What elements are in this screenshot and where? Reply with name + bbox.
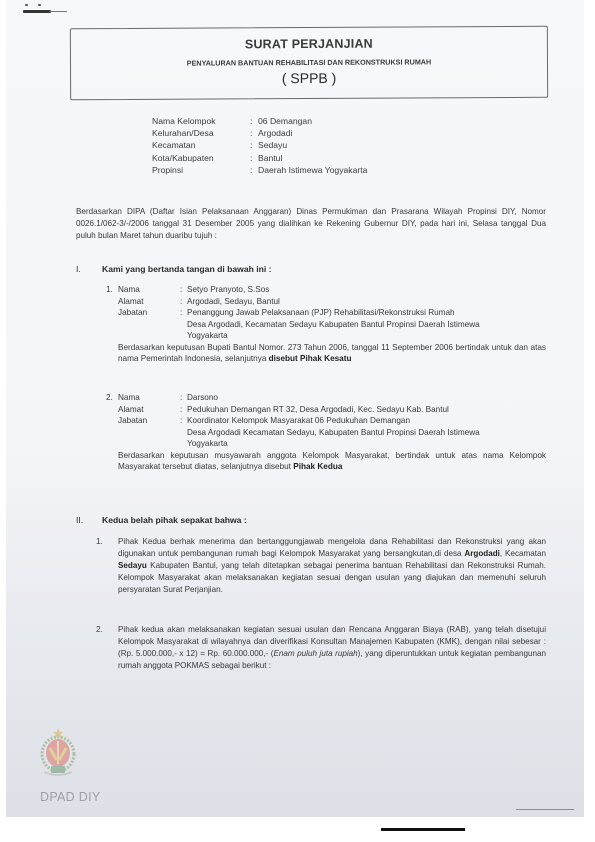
field-label: Jabatan bbox=[118, 307, 180, 319]
info-label: Kota/Kabupaten bbox=[152, 152, 250, 164]
clause-2: 2. Pihak kedua akan melaksanakan kegiata… bbox=[118, 624, 546, 672]
section-title: Kami yang bertanda tangan di bawah ini : bbox=[102, 264, 272, 274]
party-position: Koordinator Kelompok Masyarakat 06 Peduk… bbox=[187, 415, 546, 427]
party-position-cont: Yogyakarta bbox=[106, 330, 546, 342]
document-page: SURAT PERJANJIAN PENYALURAN BANTUAN REHA… bbox=[6, 0, 584, 817]
group-info-table: Nama Kelompok:06 Demangan Kelurahan/Desa… bbox=[152, 115, 367, 176]
clause-1: 1. Pihak Kedua berhak menerima dan berta… bbox=[118, 536, 546, 596]
colon: : bbox=[180, 404, 187, 416]
info-value: Argodadi bbox=[258, 127, 292, 139]
party-designation: disebut Pihak Kesatu bbox=[269, 354, 352, 363]
section-1-heading: I.Kami yang bertanda tangan di bawah ini… bbox=[76, 264, 272, 274]
party-number: 1. bbox=[106, 284, 118, 296]
party-basis: Berdasarkan keputusan musyawarah anggota… bbox=[106, 450, 546, 473]
colon: : bbox=[180, 392, 187, 404]
section-title: Kedua belah pihak sepakat bahwa : bbox=[102, 515, 247, 525]
party-2: 2.Nama:Darsono Alamat:Pedukuhan Demangan… bbox=[106, 392, 546, 473]
party-position: Penanggung Jawab Pelaksanaan (PJP) Rehab… bbox=[187, 307, 546, 319]
info-row: Kelurahan/Desa:Argodadi bbox=[152, 127, 367, 139]
clause-number: 2. bbox=[96, 624, 103, 636]
party-number: 2. bbox=[106, 392, 118, 404]
colon: : bbox=[250, 164, 258, 176]
section-2-heading: II.Kedua belah pihak sepakat bahwa : bbox=[76, 515, 247, 525]
info-value: Daerah Istimewa Yogyakarta bbox=[258, 164, 367, 176]
clause-text: Kabupaten Bantul, yang telah ditetapkan … bbox=[118, 561, 546, 594]
document-title: SURAT PERJANJIAN bbox=[71, 36, 547, 52]
clause-number: 1. bbox=[96, 536, 103, 548]
party-name: Setyo Pranyoto, S.Sos bbox=[187, 284, 546, 296]
info-label: Kelurahan/Desa bbox=[152, 127, 250, 139]
colon: : bbox=[250, 139, 258, 151]
info-row: Kota/Kabupaten:Bantul bbox=[152, 152, 367, 164]
party-position-cont: Desa Argodadi Kecamatan Sedayu, Kabupate… bbox=[106, 427, 546, 439]
party-position-cont: Yogyakarta bbox=[106, 438, 546, 450]
info-row: Kecamatan:Sedayu bbox=[152, 139, 367, 151]
field-label: Nama bbox=[118, 392, 180, 404]
party-position-cont: Desa Argodadi, Kecamatan Sedayu Kabupate… bbox=[106, 319, 546, 331]
field-label: Alamat bbox=[118, 296, 180, 308]
info-value: Bantul bbox=[258, 152, 282, 164]
scan-underline-mark bbox=[381, 828, 465, 831]
colon: : bbox=[180, 415, 187, 427]
info-label: Propinsi bbox=[152, 164, 250, 176]
colon: : bbox=[180, 307, 187, 319]
colon: : bbox=[180, 296, 187, 308]
party-1: 1.Nama:Setyo Pranyoto, S.Sos Alamat:Argo… bbox=[106, 284, 546, 365]
diy-coat-of-arms-icon bbox=[38, 728, 78, 778]
colon: : bbox=[250, 127, 258, 139]
info-label: Kecamatan bbox=[152, 139, 250, 151]
page-edge-mark bbox=[516, 809, 574, 810]
party-address: Pedukuhan Demangan RT 32, Desa Argodadi,… bbox=[187, 404, 546, 416]
section-number: II. bbox=[76, 515, 102, 525]
field-label: Jabatan bbox=[118, 415, 180, 427]
info-row: Propinsi:Daerah Istimewa Yogyakarta bbox=[152, 164, 367, 176]
document-code: ( SPPB ) bbox=[71, 69, 547, 87]
scan-dot bbox=[25, 4, 28, 6]
district-name: Sedayu bbox=[118, 561, 147, 570]
field-label: Nama bbox=[118, 284, 180, 296]
clause-text: , Kecamatan bbox=[500, 549, 546, 558]
intro-paragraph: Berdasarkan DIPA (Daftar Isian Pelaksana… bbox=[76, 206, 546, 242]
field-label: Alamat bbox=[118, 404, 180, 416]
info-label: Nama Kelompok bbox=[152, 115, 250, 127]
title-box: SURAT PERJANJIAN PENYALURAN BANTUAN REHA… bbox=[70, 26, 548, 101]
colon: : bbox=[180, 284, 187, 296]
party-designation: Pihak Kedua bbox=[293, 462, 342, 471]
colon: : bbox=[250, 115, 258, 127]
party-basis: Berdasarkan keputusan Bupati Bantul Nomo… bbox=[106, 342, 546, 365]
watermark-text: DPAD DIY bbox=[40, 790, 101, 804]
info-value: Sedayu bbox=[258, 139, 287, 151]
info-value: 06 Demangan bbox=[258, 115, 312, 127]
info-row: Nama Kelompok:06 Demangan bbox=[152, 115, 367, 127]
amount-in-words: Enam puluh juta rupiah bbox=[273, 649, 357, 658]
party-name: Darsono bbox=[187, 392, 546, 404]
colon: : bbox=[250, 152, 258, 164]
party-address: Argodadi, Sedayu, Bantul bbox=[187, 296, 546, 308]
scan-mark bbox=[23, 10, 51, 13]
village-name: Argodadi bbox=[464, 549, 500, 558]
scan-dot bbox=[38, 4, 41, 6]
section-number: I. bbox=[76, 264, 102, 274]
document-subtitle: PENYALURAN BANTUAN REHABILITASI DAN REKO… bbox=[71, 57, 547, 68]
